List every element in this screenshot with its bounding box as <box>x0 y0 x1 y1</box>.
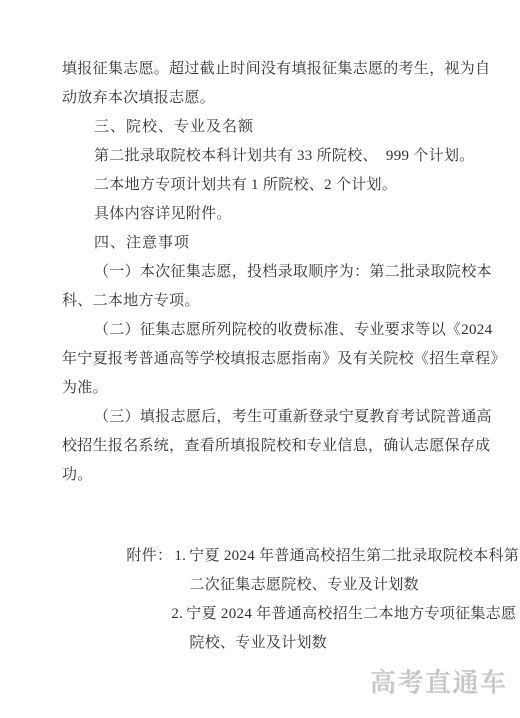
text-line: 为准。 <box>62 374 472 403</box>
text-line: 第二批录取院校本科计划共有 33 所院校、 999 个计划。 <box>94 142 472 171</box>
text-line: 填报征集志愿。超过截止时间没有填报征集志愿的考生，视为自 <box>62 55 472 84</box>
text-line: （二）征集志愿所列院校的收费标准、专业要求等以《2024 <box>94 316 472 345</box>
attachment-2-text-cont: 院校、专业及计划数 <box>189 635 327 651</box>
text-line: （三）填报志愿后，考生可重新登录宁夏教育考试院普通高 <box>94 403 472 432</box>
text-line: 动放弃本次填报志愿。 <box>62 84 472 113</box>
attachments-label: 附件： <box>126 548 172 564</box>
text-line: 科、二本地方专项。 <box>62 287 472 316</box>
section-heading-3: 三、院校、专业及名额 <box>94 113 472 142</box>
text-line: 校招生报名系统，查看所填报院校和专业信息，确认志愿保存成 <box>62 432 472 461</box>
text-line: 功。 <box>62 461 472 490</box>
attachment-2-text: 宁夏 2024 年普通高校招生二本地方专项征集志愿 <box>186 606 516 622</box>
text-line: 二本地方专项计划共有 1 所院校、2 个计划。 <box>94 171 472 200</box>
document-page: 填报征集志愿。超过截止时间没有填报征集志愿的考生，视为自 动放弃本次填报志愿。 … <box>0 0 520 718</box>
section-heading-4: 四、注意事项 <box>94 229 472 258</box>
gaokao-zhitongche-watermark: 高考直通车 <box>370 663 508 700</box>
attachments-section: 附件：1.宁夏 2024 年普通高校招生第二批录取院校本科第 二次征集志愿院校、… <box>62 513 472 629</box>
attachment-line: 附件：1.宁夏 2024 年普通高校招生第二批录取院校本科第 <box>94 513 472 542</box>
text-line: 具体内容详见附件。 <box>94 200 472 229</box>
attachment-2-number: 2. <box>171 606 183 622</box>
text-line: 年宁夏报考普通高等学校填报志愿指南》及有关院校《招生章程》 <box>62 345 472 374</box>
attachment-1-text: 宁夏 2024 年普通高校招生第二批录取院校本科第 <box>189 548 519 564</box>
attachment-1-number: 1. <box>174 548 186 564</box>
attachment-1-text-cont: 二次征集志愿院校、专业及计划数 <box>189 577 419 593</box>
document-body: 填报征集志愿。超过截止时间没有填报征集志愿的考生，视为自 动放弃本次填报志愿。 … <box>62 55 472 629</box>
text-line: （一）本次征集志愿，投档录取顺序为：第二批录取院校本 <box>94 258 472 287</box>
